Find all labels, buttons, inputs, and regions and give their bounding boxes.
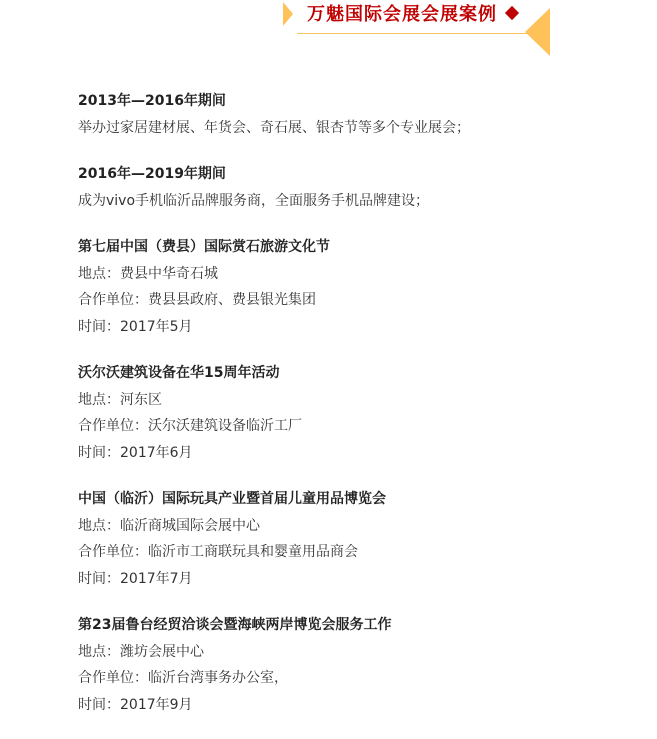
case-partner: 合作单位：临沂台湾事务办公室， xyxy=(78,665,638,692)
section-title: 万魅国际会展会展案例 xyxy=(307,3,517,27)
case-item: 沃尔沃建筑设备在华15周年活动 地点：河东区 合作单位：沃尔沃建筑设备临沂工厂 … xyxy=(78,360,638,466)
case-date: 时间：2017年7月 xyxy=(78,566,638,593)
case-date: 时间：2017年5月 xyxy=(78,314,638,341)
case-description: 举办过家居建材展、年货会、奇石展、银杏节等多个专业展会； xyxy=(78,115,638,142)
case-location: 地点：费县中华奇石城 xyxy=(78,261,638,288)
case-heading: 第七届中国（费县）国际赏石旅游文化节 xyxy=(78,234,638,261)
case-date: 时间：2017年9月 xyxy=(78,692,638,719)
case-location: 地点：河东区 xyxy=(78,387,638,414)
case-item: 第23届鲁台经贸洽谈会暨海峡两岸博览会服务工作 地点：潍坊会展中心 合作单位：临… xyxy=(78,612,638,718)
case-item: 中国（临沂）国际玩具产业暨首届儿童用品博览会 地点：临沂商城国际会展中心 合作单… xyxy=(78,486,638,592)
case-heading: 沃尔沃建筑设备在华15周年活动 xyxy=(78,360,638,387)
case-date: 时间：2017年6月 xyxy=(78,440,638,467)
case-item: 2016年—2019年期间 成为vivo手机临沂品牌服务商，全面服务手机品牌建设… xyxy=(78,161,638,214)
case-location: 地点：临沂商城国际会展中心 xyxy=(78,513,638,540)
case-partner: 合作单位：沃尔沃建筑设备临沂工厂 xyxy=(78,413,638,440)
section-header: 万魅国际会展会展案例 xyxy=(0,0,657,60)
cases-list: 2013年—2016年期间 举办过家居建材展、年货会、奇石展、银杏节等多个专业展… xyxy=(78,88,638,738)
case-partner: 合作单位：费县县政府、费县银光集团 xyxy=(78,287,638,314)
case-item: 第七届中国（费县）国际赏石旅游文化节 地点：费县中华奇石城 合作单位：费县县政府… xyxy=(78,234,638,340)
section-title-text: 万魅国际会展会展案例 xyxy=(307,4,497,25)
case-location: 地点：潍坊会展中心 xyxy=(78,639,638,666)
case-heading: 2016年—2019年期间 xyxy=(78,161,638,188)
case-heading: 2013年—2016年期间 xyxy=(78,88,638,115)
case-description: 成为vivo手机临沂品牌服务商，全面服务手机品牌建设； xyxy=(78,188,638,215)
case-heading: 第23届鲁台经贸洽谈会暨海峡两岸博览会服务工作 xyxy=(78,612,638,639)
title-underline-divider xyxy=(297,33,527,34)
case-item: 2013年—2016年期间 举办过家居建材展、年货会、奇石展、银杏节等多个专业展… xyxy=(78,88,638,141)
case-heading: 中国（临沂）国际玩具产业暨首届儿童用品博览会 xyxy=(78,486,638,513)
diamond-icon xyxy=(505,6,519,20)
triangle-right-decoration-icon xyxy=(525,8,550,56)
triangle-left-decoration-icon xyxy=(283,2,293,26)
case-partner: 合作单位：临沂市工商联玩具和婴童用品商会 xyxy=(78,539,638,566)
